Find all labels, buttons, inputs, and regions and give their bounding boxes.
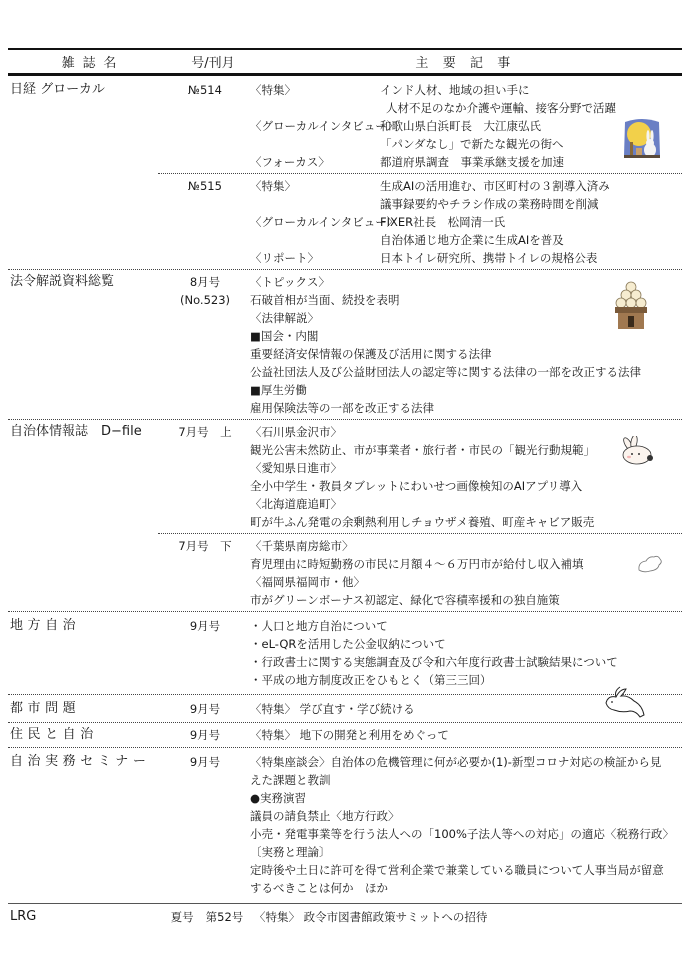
magazine-horei-kaisetsu: 法令解説資料総覧 8月号 (No.523) 〈トピックス〉 石破首相が当面、続投… [8,270,682,419]
issue-number: №515 [160,177,250,267]
article-line: ・行政書士に関する実態調査及び令和六年度行政書士試験結果について [250,653,682,671]
article-tag [250,135,380,153]
article-line: ■厚生労働 [250,381,682,399]
issue-number: 7月号 下 [160,537,250,609]
issue-entry: 日経 グローカル №514 〈特集〉インド人材、地域の担い手に 人材不足のなか介… [8,76,682,173]
article-line: 「パンダなし」で新たな観光の街へ [250,135,682,153]
issue-number: (No.523) [160,291,250,309]
issue-month: 8月号 [160,273,250,291]
issue-entry: 地方自治 9月号 ・人口と地方自治について ・eL-QRを活用した公金収納につい… [8,612,682,694]
rabbit-outline-illustration [636,554,664,577]
jumping-rabbit-illustration [602,685,648,724]
issue-entry: 住民と自治 9月号 〈特集〉 地下の開発と利用をめぐって [8,723,682,747]
article-tag [250,195,380,213]
article-line: 〔実務と理論〕 [250,843,682,861]
article-line: 雇用保険法等の一部を改正する法律 [250,399,682,417]
magazine-name: 都市問題 [8,700,160,718]
article-tag: 〈リポート〉 [250,249,380,267]
article-line: えた課題と教訓 [250,771,682,789]
article-line: 〈千葉県南房総市〉 [250,537,682,555]
article-list: 〈特集座談会〉自治体の危機管理に何が必要か(1)-新型コロナ対応の検証から見 え… [250,753,682,897]
magazine-chiho-jichi: 地方自治 9月号 ・人口と地方自治について ・eL-QRを活用した公金収納につい… [8,612,682,694]
article-list: 〈特集〉インド人材、地域の担い手に 人材不足のなか介護や運輸、接客分野で活躍 〈… [250,81,682,171]
article-line: 〈特集〉 政令市図書館政策サミットへの招待 [254,908,682,926]
article-line: 町が牛ふん発電の余剰熱利用しチョウザメ養殖、町産キャビア販売 [250,513,682,531]
article-line: 議事録要約やチラシ作成の業務時間を削減 [250,195,682,213]
issue-number: 第52号 [206,908,248,926]
magazine-d-file: 自治体情報誌 D−file 7月号 上 〈石川県金沢市〉 観光公害未然防止、市が… [8,420,682,611]
magazine-name: 法令解説資料総覧 [8,273,160,417]
article-line: 〈特集〉インド人材、地域の担い手に [250,81,682,99]
magazine-table: 雑誌名 号/刊月 主要記事 日経 グローカル №514 〈特集〉インド人材、地域… [8,48,682,928]
magazine-name: 日経 グローカル [8,81,160,171]
article-line: 〈北海道鹿追町〉 [250,495,682,513]
header-articles: 主要記事 [258,52,682,71]
article-line: 〈フォーカス〉都道府県調査 事業承継支援を加速 [250,153,682,171]
issue-number: 9月号 [160,617,250,689]
article-line: 〈グローカルインタビュー〉和歌山県白浜町長 大江康弘氏 [250,117,682,135]
magazine-lrg: LRG 夏号 第52号 〈特集〉 政令市図書館政策サミットへの招待 [8,904,682,928]
article-line: 市がグリーンボーナス初認定、緑化で容積率援和の独自施策 [250,591,682,609]
article-line: するべきことは何か ほか [250,879,682,897]
article-line: 〈特集〉 地下の開発と利用をめぐって [250,726,682,744]
article-line: 定時後や土日に許可を得て営利企業で兼業している職員について人事当局が留意 [250,861,682,879]
article-line: 〈リポート〉日本トイレ研究所、携帯トイレの規格公表 [250,249,682,267]
magazine-name: 自治実務セミナー [8,753,160,897]
article-line: ・人口と地方自治について [250,617,682,635]
article-line: 重要経済安保情報の保護及び活用に関する法律 [250,345,682,363]
issue-entry: №515 〈特集〉生成AIの活用進む、市区町村の３割導入済み 議事録要約やチラシ… [8,174,682,269]
article-tag: 〈グローカルインタビュー〉 [250,213,380,231]
article-list: 〈特集〉生成AIの活用進む、市区町村の３割導入済み 議事録要約やチラシ作成の業務… [250,177,682,267]
article-text: インド人材、地域の担い手に [380,81,682,99]
article-line: ●実務演習 [250,789,682,807]
article-line: 観光公害未然防止、市が事業者・旅行者・市民の「観光行動規範」 [250,441,682,459]
issue-entry: 都市問題 9月号 〈特集〉 学び直す・学び続ける [8,695,682,722]
article-line: 公益社団法人及び公益財団法人の認定等に関する法律の一部を改正する法律 [250,363,682,381]
article-text: FIXER社長 松岡清一氏 [380,213,682,231]
article-line: 人材不足のなか介護や運輸、接客分野で活躍 [250,99,682,117]
article-line: 〈福岡県福岡市・他〉 [250,573,682,591]
article-line: 〈特集〉生成AIの活用進む、市区町村の３割導入済み [250,177,682,195]
issue-number: 9月号 [160,700,250,718]
issue-entry: 法令解説資料総覧 8月号 (No.523) 〈トピックス〉 石破首相が当面、続投… [8,270,682,419]
article-tag: 〈特集〉 [250,81,380,99]
header-issue: 号/刊月 [168,52,258,71]
issue-entry: 7月号 下 〈千葉県南房総市〉 育児理由に時短勤務の市民に月額４～６万円市が給付… [8,534,682,611]
article-line: 議員の請負禁止〈地方行政〉 [250,807,682,825]
article-line: 小売・発電事業等を行う法人への「100%子法人等への対応」の適応〈税務行政〉 [250,825,682,843]
article-line: ・eL-QRを活用した公金収納について [250,635,682,653]
article-line: 〈特集座談会〉自治体の危機管理に何が必要か(1)-新型コロナ対応の検証から見 [250,753,682,771]
article-text: 人材不足のなか介護や運輸、接客分野で活躍 [380,99,682,117]
magazine-jumin-to-jichi: 住民と自治 9月号 〈特集〉 地下の開発と利用をめぐって [8,723,682,747]
article-tag: 〈フォーカス〉 [250,153,380,171]
article-list: 〈千葉県南房総市〉 育児理由に時短勤務の市民に月額４～６万円市が給付し収入補填 … [250,537,682,609]
article-line: 〈愛知県日進市〉 [250,459,682,477]
magazine-toshi-mondai: 都市問題 9月号 〈特集〉 学び直す・学び続ける [8,695,682,722]
article-line: 自治体通じ地方企業に生成AIを普及 [250,231,682,249]
article-line: 育児理由に時短勤務の市民に月額４～６万円市が給付し収入補填 [250,555,682,573]
article-text: 自治体通じ地方企業に生成AIを普及 [380,231,682,249]
article-text: 議事録要約やチラシ作成の業務時間を削減 [380,195,682,213]
issue-entry: 自治実務セミナー 9月号 〈特集座談会〉自治体の危機管理に何が必要か(1)-新型… [8,748,682,903]
issue-number: 9月号 [160,726,250,744]
issue-season: 夏号 [151,908,205,926]
article-tag [250,99,380,117]
issue-number: №514 [160,81,250,171]
article-text: 生成AIの活用進む、市区町村の３割導入済み [380,177,682,195]
magazine-jichi-jitsumu-seminar: 自治実務セミナー 9月号 〈特集座談会〉自治体の危機管理に何が必要か(1)-新型… [8,748,682,903]
magazine-name: 住民と自治 [8,726,160,744]
article-tag [250,231,380,249]
article-list: ・人口と地方自治について ・eL-QRを活用した公金収納について ・行政書士に関… [250,617,682,689]
moon-rabbit-illustration [622,116,662,163]
magazine-name: 地方自治 [8,617,160,689]
magazine-name: 自治体情報誌 D−file [8,423,160,531]
issue-number: 7月号 上 [160,423,250,531]
article-list: 〈特集〉 政令市図書館政策サミットへの招待 [248,908,682,926]
article-line: 〈石川県金沢市〉 [250,423,682,441]
issue-entry: 自治体情報誌 D−file 7月号 上 〈石川県金沢市〉 観光公害未然防止、市が… [8,420,682,533]
issue-entry: LRG 夏号 第52号 〈特集〉 政令市図書館政策サミットへの招待 [8,904,682,928]
issue-number: 9月号 [160,753,250,897]
article-text: 日本トイレ研究所、携帯トイレの規格公表 [380,249,682,267]
article-list: 〈石川県金沢市〉 観光公害未然防止、市が事業者・旅行者・市民の「観光行動規範」 … [250,423,682,531]
tsukimi-dango-illustration [614,280,648,333]
article-tag: 〈グローカルインタビュー〉 [250,117,380,135]
article-list: 〈特集〉 地下の開発と利用をめぐって [250,726,682,744]
magazine-nikkei-glocal: 日経 グローカル №514 〈特集〉インド人材、地域の担い手に 人材不足のなか介… [8,76,682,269]
article-line: 全小中学生・教員タブレットにわいせつ画像検知のAIアプリ導入 [250,477,682,495]
article-line: 〈グローカルインタビュー〉FIXER社長 松岡清一氏 [250,213,682,231]
header-magazine-name: 雑誌名 [8,52,168,71]
lying-rabbit-illustration [620,436,656,469]
magazine-name: LRG [8,908,151,926]
table-header: 雑誌名 号/刊月 主要記事 [8,50,682,76]
article-tag: 〈特集〉 [250,177,380,195]
